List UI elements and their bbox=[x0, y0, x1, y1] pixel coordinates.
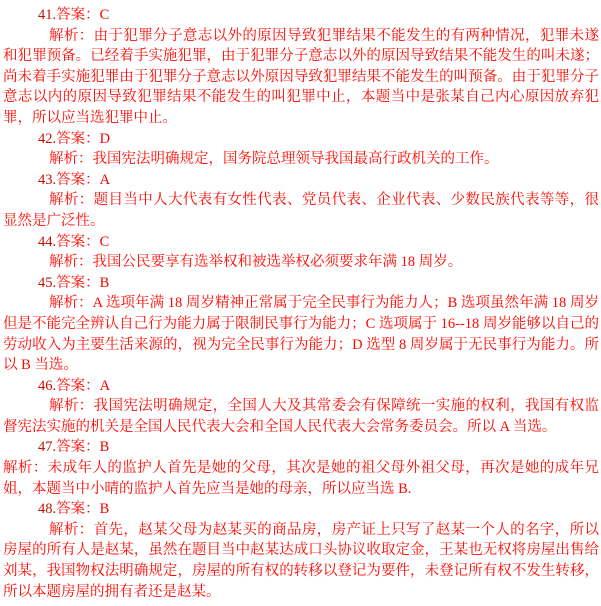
answer-label: 答案： bbox=[56, 172, 100, 188]
analysis-label: 解析： bbox=[49, 28, 94, 44]
analysis-text: 我国宪法明确规定，国务院总理领导我国最高行政机关的工作。 bbox=[93, 151, 499, 167]
analysis-label: 解析： bbox=[49, 151, 93, 167]
question-item-41: 41.答案：C 解析：由于犯罪分子意志以外的原因导致犯罪结果不能发生的有两种情况… bbox=[3, 5, 599, 129]
question-number: 46. bbox=[38, 378, 56, 394]
analysis-label: 解析： bbox=[49, 522, 94, 538]
answer-letter: D bbox=[100, 131, 110, 147]
answer-label: 答案： bbox=[56, 501, 100, 517]
answer-label: 答案： bbox=[56, 439, 100, 455]
answer-letter: C bbox=[100, 234, 110, 250]
answer-label: 答案： bbox=[56, 234, 100, 250]
answer-letter: A bbox=[100, 378, 110, 394]
question-item-44: 44.答案：C 解析：我国公民要享有选举权和被选举权必须要求年满 18 周岁。 bbox=[3, 232, 599, 273]
answer-letter: B bbox=[100, 275, 110, 291]
analysis-text: 未成年人的监护人首先是她的父母，其次是她的祖父母外祖父母，再次是她的成年兄姐，本… bbox=[3, 460, 599, 497]
analysis-paragraph: 解析：题目当中人大代表有女性代表、党员代表、企业代表、少数民族代表等等，很显然是… bbox=[3, 190, 599, 231]
question-number: 43. bbox=[38, 172, 56, 188]
answer-line: 46.答案：A bbox=[3, 376, 599, 397]
answer-label: 答案： bbox=[56, 131, 100, 147]
answer-line: 44.答案：C bbox=[3, 232, 599, 253]
analysis-text: 我国公民要享有选举权和被选举权必须要求年满 18 周岁。 bbox=[93, 254, 463, 270]
analysis-label: 解析： bbox=[3, 460, 48, 476]
question-item-48: 48.答案：B 解析：首先，赵某父母为赵某买的商品房，房产证上只写了赵某一个人的… bbox=[3, 499, 599, 602]
answer-label: 答案： bbox=[56, 275, 100, 291]
answer-line: 43.答案：A bbox=[3, 170, 599, 191]
answer-letter: A bbox=[100, 172, 110, 188]
question-item-47: 47.答案：B 解析：未成年人的监护人首先是她的父母，其次是她的祖父母外祖父母，… bbox=[3, 437, 599, 499]
question-item-46: 46.答案：A 解析：我国宪法明确规定，全国人大及其常委会有保障统一实施的权利，… bbox=[3, 376, 599, 438]
question-number: 45. bbox=[38, 275, 56, 291]
answer-label: 答案： bbox=[56, 7, 100, 23]
answer-letter: C bbox=[100, 7, 110, 23]
analysis-text: A 选项年满 18 周岁精神正常属于完全民事行为能力人；B 选项虽然年满 18 … bbox=[3, 295, 599, 373]
analysis-label: 解析： bbox=[49, 398, 94, 414]
question-number: 47. bbox=[38, 439, 56, 455]
question-item-43: 43.答案：A 解析：题目当中人大代表有女性代表、党员代表、企业代表、少数民族代… bbox=[3, 170, 599, 232]
answer-letter: B bbox=[100, 439, 110, 455]
question-item-45: 45.答案：B 解析：A 选项年满 18 周岁精神正常属于完全民事行为能力人；B… bbox=[3, 273, 599, 376]
analysis-label: 解析： bbox=[49, 192, 94, 208]
analysis-paragraph: 解析：首先，赵某父母为赵某买的商品房，房产证上只写了赵某一个人的名字，所以房屋的… bbox=[3, 520, 599, 602]
analysis-paragraph: 解析：我国公民要享有选举权和被选举权必须要求年满 18 周岁。 bbox=[3, 252, 599, 273]
answer-line: 48.答案：B bbox=[3, 499, 599, 520]
question-number: 48. bbox=[38, 501, 56, 517]
answer-letter: B bbox=[100, 501, 110, 517]
analysis-paragraph: 解析：由于犯罪分子意志以外的原因导致犯罪结果不能发生的有两种情况，犯罪未遂和犯罪… bbox=[3, 26, 599, 129]
analysis-paragraph: 解析：A 选项年满 18 周岁精神正常属于完全民事行为能力人；B 选项虽然年满 … bbox=[3, 293, 599, 375]
question-number: 42. bbox=[38, 131, 56, 147]
answer-line: 47.答案：B bbox=[3, 437, 599, 458]
question-item-42: 42.答案：D 解析：我国宪法明确规定，国务院总理领导我国最高行政机关的工作。 bbox=[3, 129, 599, 170]
answer-line: 45.答案：B bbox=[3, 273, 599, 294]
question-number: 41. bbox=[38, 7, 56, 23]
answer-key-document: 41.答案：C 解析：由于犯罪分子意志以外的原因导致犯罪结果不能发生的有两种情况… bbox=[0, 0, 601, 606]
analysis-paragraph: 解析：我国宪法明确规定，国务院总理领导我国最高行政机关的工作。 bbox=[3, 149, 599, 170]
analysis-label: 解析： bbox=[49, 254, 93, 270]
answer-line: 42.答案：D bbox=[3, 129, 599, 150]
analysis-label: 解析： bbox=[49, 295, 93, 311]
analysis-paragraph: 解析：我国宪法明确规定，全国人大及其常委会有保障统一实施的权利，我国有权监督宪法… bbox=[3, 396, 599, 437]
answer-line: 41.答案：C bbox=[3, 5, 599, 26]
analysis-paragraph: 解析：未成年人的监护人首先是她的父母，其次是她的祖父母外祖父母，再次是她的成年兄… bbox=[3, 458, 599, 499]
question-number: 44. bbox=[38, 234, 56, 250]
answer-label: 答案： bbox=[56, 378, 100, 394]
